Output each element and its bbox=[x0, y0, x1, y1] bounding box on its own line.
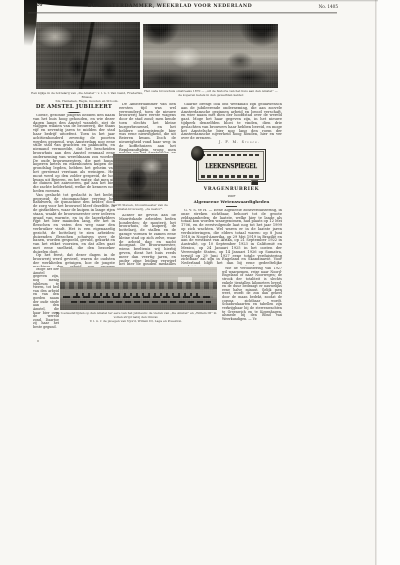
caption-photo-portrait: Gerrit Steven, brouwmeester van de Amste… bbox=[108, 204, 172, 212]
issue-number: No. 1405 bbox=[304, 4, 338, 9]
caption-photo-rowing: De roeiwedstrijden op den Amstel ter eer… bbox=[52, 312, 220, 323]
paragraph: Goede, gezonde jongens hebben den naam v… bbox=[33, 114, 115, 194]
caption-photo-brewery-cellar: Het oude brouwhuis omstreeks 1870 — „uit… bbox=[140, 90, 282, 98]
caption-line: Amstel-brouwerij, „de nestor”. bbox=[117, 207, 164, 211]
article-column-2-top: De Amsterdammer van den eersten tijd was… bbox=[119, 103, 176, 153]
caption-photo-bottling-hall: Een kijkje in de bottelarij van „De Amst… bbox=[30, 92, 144, 103]
rubric-subject: Algemeene Wetenswaardigheden bbox=[181, 199, 282, 204]
article-column-1: Goede, gezonde jongens hebben den naam v… bbox=[33, 114, 115, 267]
scan-speck bbox=[37, 340, 39, 342]
caption-line: Six, Heineken, Régis, Gouden en Stroom. bbox=[56, 99, 119, 103]
rubric-answer-wrap-column: Wie de verduistering van 1927 wil waarne… bbox=[222, 267, 282, 333]
photo-brewery-cellar bbox=[143, 24, 278, 88]
paragraph: Van geslacht tot geslacht is het bedrijf… bbox=[33, 194, 115, 255]
masthead-title: DE AMSTERDAMMER, WEEKBLAD VOOR NEDERLAND bbox=[80, 4, 260, 9]
page-number: 20 bbox=[36, 3, 42, 8]
newspaper-page: 20 DE AMSTERDAMMER, WEEKBLAD VOOR NEDERL… bbox=[0, 0, 400, 565]
paragraph: Op het feest, dat dezer dagen in de brou… bbox=[33, 254, 115, 267]
article-headline: DE AMSTEL JUBILEERT bbox=[33, 104, 115, 110]
photo-bottling-hall bbox=[36, 22, 140, 89]
article-column-2-bottom: Achter de gevels aan de Mauritskade arbe… bbox=[119, 214, 176, 266]
paragraph: De Amsterdammer van den eersten tijd was… bbox=[119, 103, 176, 153]
rubric-rule bbox=[226, 206, 237, 207]
paragraph: Wie de verduistering van 1927 wil waarne… bbox=[222, 267, 282, 321]
rubric-connector: voor bbox=[181, 194, 282, 198]
page-right-margin bbox=[377, 0, 400, 565]
header-rule bbox=[28, 12, 337, 14]
headline-ornament bbox=[67, 112, 81, 113]
rubric-logo-text: LEEKENSPIEGEL bbox=[205, 162, 257, 170]
photo-rowing-regatta bbox=[60, 267, 217, 310]
paragraph: Gaarne brengt ook ons weekblad zijn gelu… bbox=[181, 103, 282, 139]
rubric-logo-ornament-icon bbox=[191, 146, 204, 161]
rubric-answer-column: G. v. S. te H. — Eene algeheele zonsverd… bbox=[181, 209, 282, 266]
rubric-logo-corner-tab bbox=[251, 180, 258, 185]
rubric-title: VRAGENRUBRIEK bbox=[181, 187, 282, 192]
scan-page-edge bbox=[375, 0, 377, 565]
article-column-3-top: Gaarne brengt ook ons weekblad zijn gelu… bbox=[181, 103, 282, 139]
scan-artifact-top-right bbox=[180, 0, 378, 2]
caption-line: V. l. n. r. de ploegen van Njord, Willem… bbox=[90, 319, 183, 323]
photo-brewmaster-portrait bbox=[113, 154, 168, 201]
rubric-logo-box: LEEKENSPIEGEL bbox=[196, 149, 266, 182]
caption-line: de koperen ketels in den gewelfden kelde… bbox=[178, 93, 244, 97]
author-signature: J. F. M. Sterck. bbox=[181, 140, 282, 144]
paragraph: G. v. S. te H. — Eene algeheele zonsverd… bbox=[181, 209, 282, 266]
paragraph: Achter de gevels aan de Mauritskade arbe… bbox=[119, 214, 176, 266]
